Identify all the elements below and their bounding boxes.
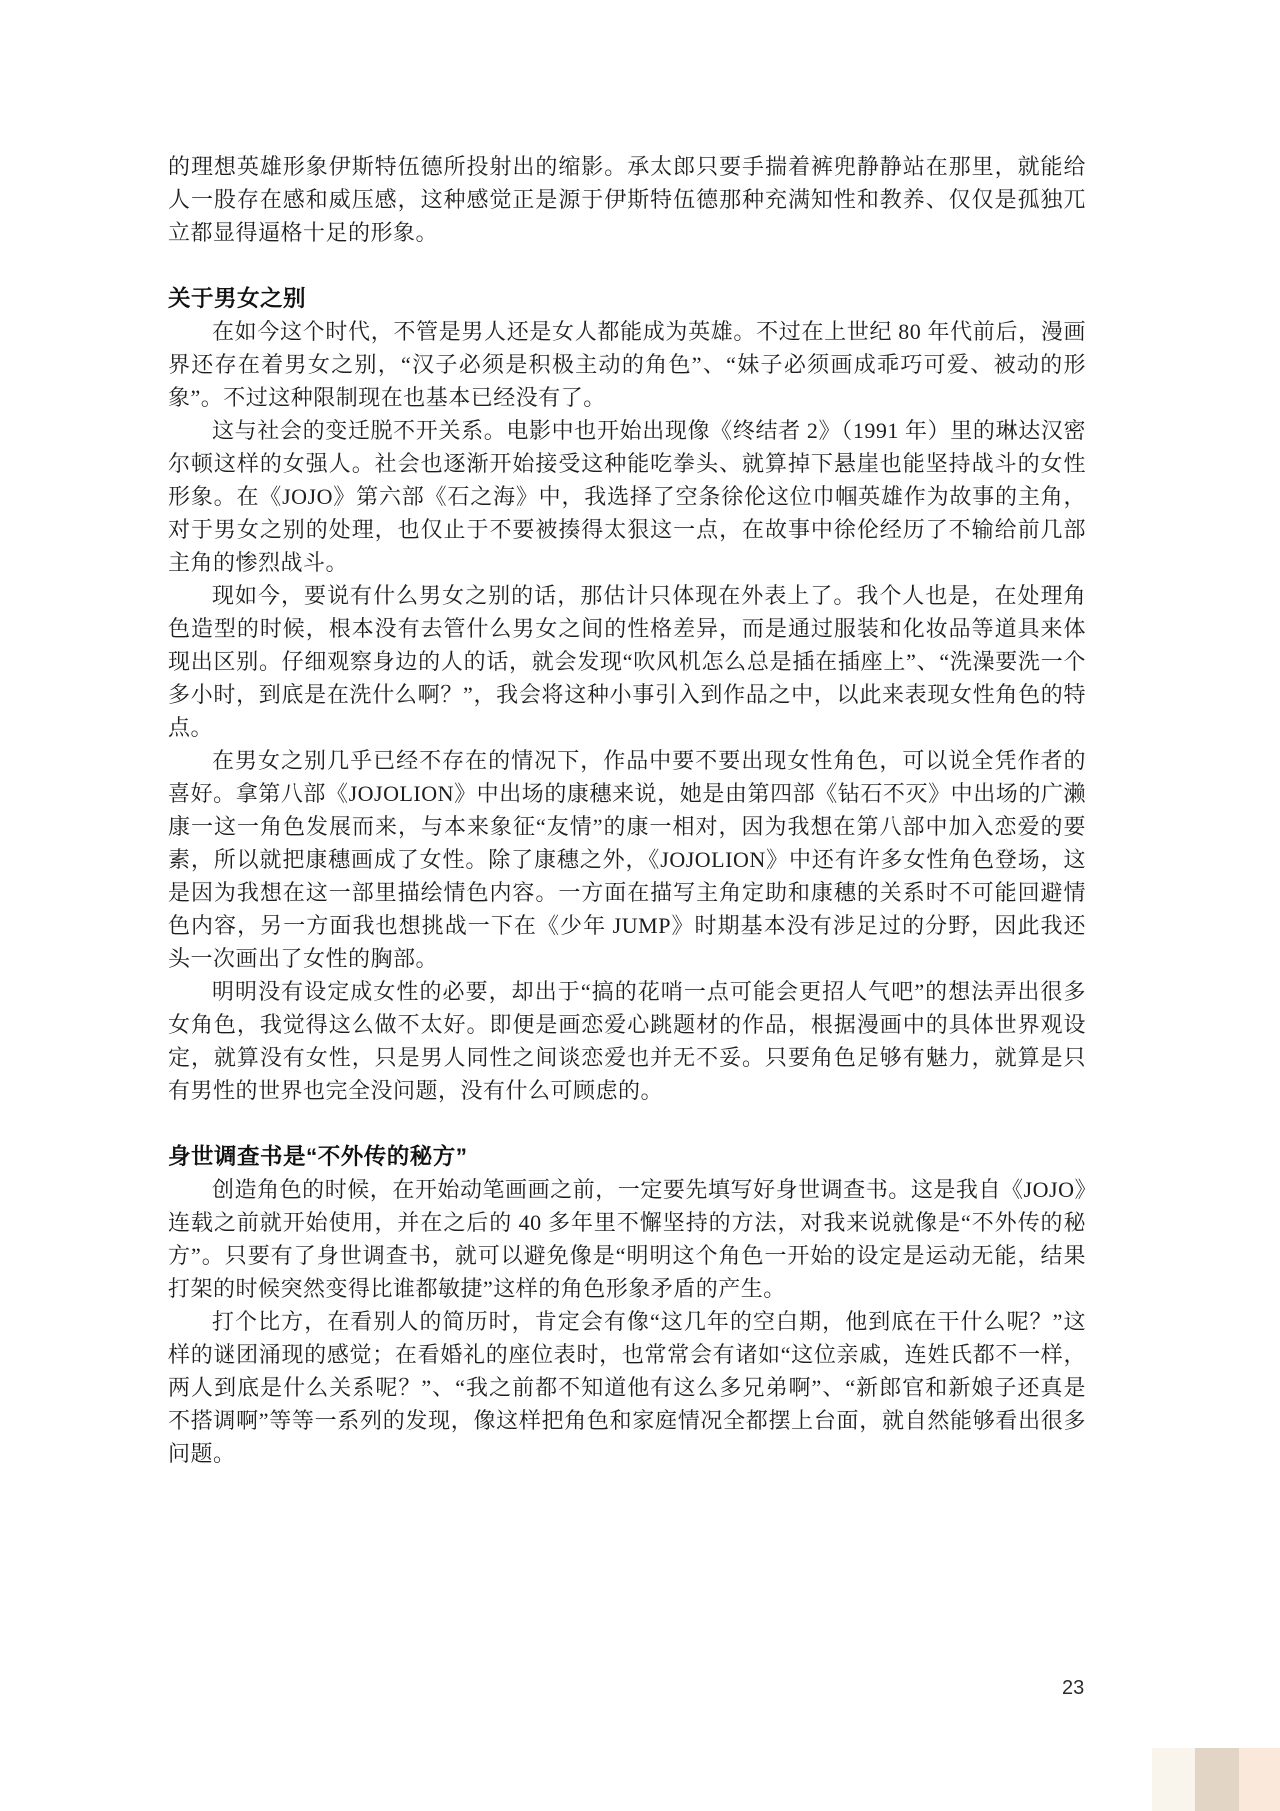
section-heading-background-sheet: 身世调查书是“不外传的秘方” [168,1140,1086,1173]
page-number: 23 [1062,1676,1084,1700]
corner-color-block [1239,1748,1280,1811]
section-heading-gender: 关于男女之别 [168,282,1086,315]
paragraph: 在如今这个时代，不管是男人还是女人都能成为英雄。不过在上世纪 80 年代前后，漫… [168,315,1086,414]
text-column: 的理想英雄形象伊斯特伍德所投射出的缩影。承太郎只要手揣着裤兜静静站在那里，就能给… [168,150,1086,1470]
paragraph: 现如今，要说有什么男女之别的话，那估计只体现在外表上了。我个人也是，在处理角色造… [168,579,1086,744]
corner-color-block [1152,1748,1195,1811]
corner-decoration [1152,1748,1280,1811]
intro-paragraph: 的理想英雄形象伊斯特伍德所投射出的缩影。承太郎只要手揣着裤兜静静站在那里，就能给… [168,150,1086,249]
paragraph: 在男女之别几乎已经不存在的情况下，作品中要不要出现女性角色，可以说全凭作者的喜好… [168,744,1086,975]
paragraph: 创造角色的时候，在开始动笔画画之前，一定要先填写好身世调查书。这是我自《JOJO… [168,1173,1086,1305]
corner-color-block [1195,1748,1239,1811]
document-page: 的理想英雄形象伊斯特伍德所投射出的缩影。承太郎只要手揣着裤兜静静站在那里，就能给… [0,0,1280,1811]
paragraph: 打个比方，在看别人的简历时，肯定会有像“这几年的空白期，他到底在干什么呢？”这样… [168,1305,1086,1470]
paragraph: 这与社会的变迁脱不开关系。电影中也开始出现像《终结者 2》（1991 年）里的琳… [168,414,1086,579]
paragraph: 明明没有设定成女性的必要，却出于“搞的花哨一点可能会更招人气吧”的想法弄出很多女… [168,975,1086,1107]
